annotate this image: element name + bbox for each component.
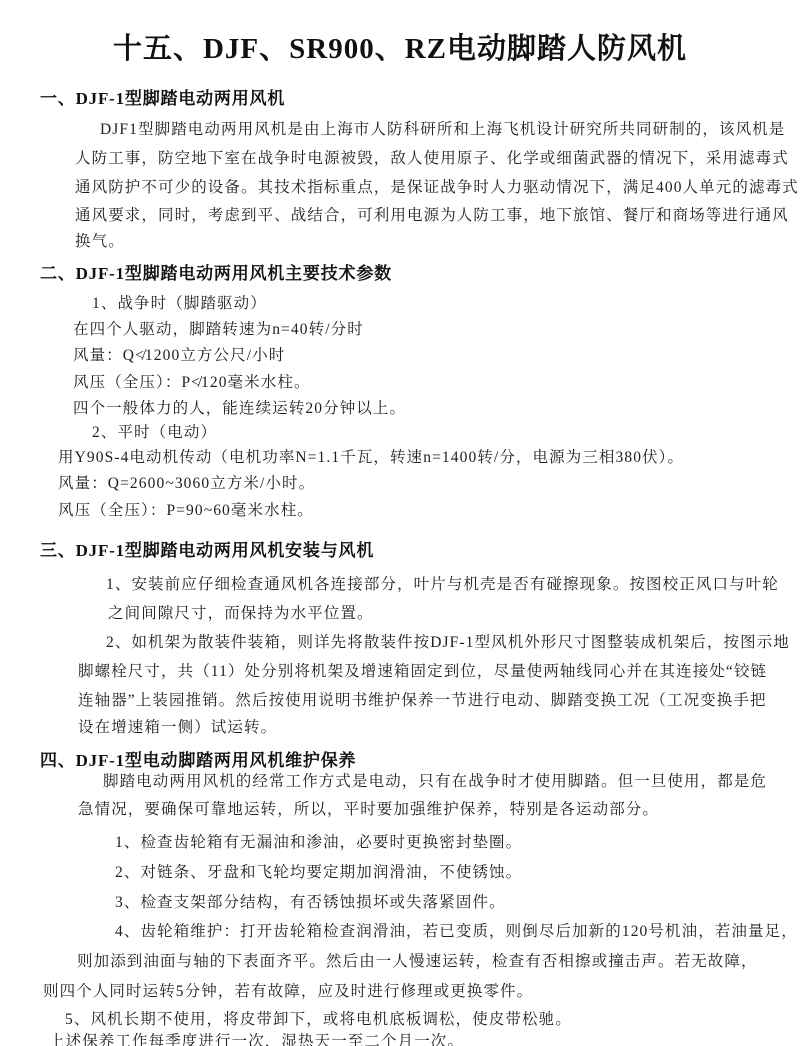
spec-line: 风压（全压）：P≮120毫米水柱。	[73, 370, 311, 392]
paragraph-line: DJF1型脚踏电动两用风机是由上海市人防科研所和上海飞机设计研究所共同研制的，该…	[100, 117, 785, 139]
list-item-line: 2、如机架为散装件装箱，则详先将散装件按DJF-1型风机外形尺寸图整装成机架后，…	[106, 630, 790, 652]
spec-line: 用Y90S-4电动机传动（电机功率N=1.1千瓦，转速n=1400转/分，电源为…	[58, 445, 684, 467]
list-item-line: 则四个人同时运转5分钟，若有故障，应及时进行修理或更换零件。	[43, 979, 533, 1001]
sub-heading-war: 1、战争时（脚踏驱动）	[92, 291, 267, 313]
section1-heading: 一、DJF-1型脚踏电动两用风机	[40, 84, 285, 109]
section4-heading: 四、DJF-1型电动脚踏两用风机维护保养	[40, 746, 356, 771]
list-item-line: 3、检查支架部分结构，有否锈蚀损坏或失落紧固件。	[115, 890, 506, 912]
sub-heading-peace: 2、平时（电动）	[92, 420, 217, 442]
list-item-line: 4、齿轮箱维护：打开齿轮箱检查润滑油，若已变质，则倒尽后加新的120号机油，若油…	[115, 919, 798, 941]
spec-line: 风压（全压）：P=90~60毫米水柱。	[58, 498, 314, 520]
paragraph-line: 换气。	[75, 229, 125, 251]
list-item-line: 之间间隙尺寸，而保持为水平位置。	[108, 601, 374, 623]
spec-line: 风量：Q=2600~3060立方米/小时。	[58, 471, 315, 493]
spec-line: 在四个人驱动，脚踏转速为n=40转/分时	[73, 317, 364, 339]
paragraph-line: 通风防护不可少的设备。其技术指标重点，是保证战争时人力驱动情况下，满足400人单…	[75, 175, 799, 197]
paragraph-line: 通风要求，同时，考虑到平、战结合，可利用电源为人防工事，地下旅馆、餐厅和商场等进…	[75, 203, 789, 225]
list-item-line: 1、安装前应仔细检查通风机各连接部分，叶片与机壳是否有碰擦现象。按图校正风口与叶…	[106, 572, 779, 594]
spec-line: 四个一般体力的人，能连续运转20分钟以上。	[73, 396, 406, 418]
paragraph-line: 脚踏电动两用风机的经常工作方式是电动，只有在战争时才使用脚踏。但一旦使用，都是危	[103, 769, 767, 791]
section2-heading: 二、DJF-1型脚踏电动两用风机主要技术参数	[40, 259, 392, 284]
spec-line: 风量：Q≮1200立方公尺/小时	[73, 343, 285, 365]
doc-title: 十五、DJF、SR900、RZ电动脚踏人防风机	[0, 26, 800, 67]
document-page: 十五、DJF、SR900、RZ电动脚踏人防风机 一、DJF-1型脚踏电动两用风机…	[0, 0, 800, 1046]
list-item-line: 2、对链条、牙盘和飞轮均要定期加润滑油，不使锈蚀。	[115, 860, 522, 882]
list-item-line: 则加添到油面与轴的下表面齐平。然后由一人慢速运转，检查有否相擦或撞击声。若无故障…	[77, 949, 758, 971]
closing-note: 上述保养工作每季度进行一次，湿热天一至二个月一次。	[49, 1029, 464, 1046]
section3-heading: 三、DJF-1型脚踏电动两用风机安装与风机	[40, 536, 374, 561]
list-item-line: 5、风机长期不使用，将皮带卸下，或将电机底板调松，使皮带松驰。	[65, 1007, 572, 1029]
list-item-line: 设在增速箱一侧）试运转。	[78, 715, 277, 737]
list-item-line: 脚螺栓尺寸，共（11）处分别将机架及增速箱固定到位，尽量使两轴线同心并在其连接处…	[78, 659, 767, 681]
list-item-line: 连轴器”上装园推销。然后按使用说明书维护保养一节进行电动、脚踏变换工况（工况变换…	[78, 688, 767, 710]
list-item-line: 1、检查齿轮箱有无漏油和渗油，必要时更换密封垫圈。	[115, 830, 522, 852]
paragraph-line: 人防工事，防空地下室在战争时电源被毁，敌人使用原子、化学或细菌武器的情况下，采用…	[75, 146, 789, 168]
paragraph-line: 急情况，要确保可靠地运转，所以，平时要加强维护保养，特别是各运动部分。	[78, 797, 659, 819]
